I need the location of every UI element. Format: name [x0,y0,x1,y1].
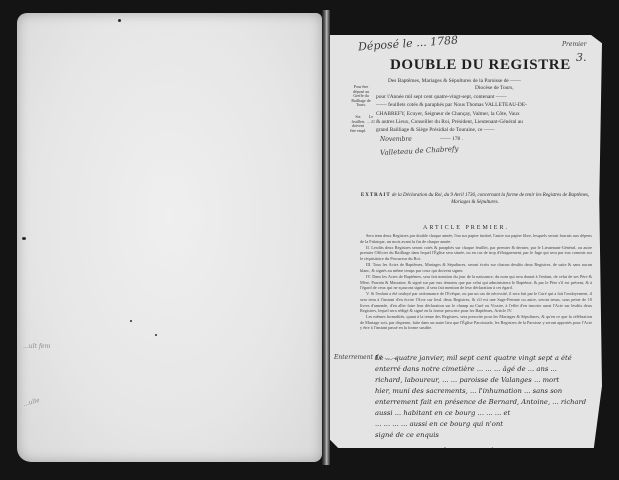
article-heading: ARTICLE PREMIER. [330,225,602,231]
left-page-blank: ...ult fem ...ulle [17,13,322,462]
article-paragraph: Les mêmes formalités, quant à la tenue d… [360,314,592,331]
printed-line: —— 178 . [440,136,520,143]
extrait-text: de la Déclaration du Roi, du 9 Avril 173… [392,193,589,205]
entry-line: enterrement fait en présence de Bernard,… [375,397,595,408]
binding-gutter [322,10,330,465]
ink-spot [130,320,132,322]
printed-line: & autres Lieux, Conseiller du Roi, Prési… [376,119,591,126]
printed-line: Des Baptêmes, Mariages & Sépultures de l… [388,78,603,85]
entry-line: enterré dans notre cimetière ... ... ...… [375,364,595,375]
president-signature: Valleteau de Chabrefy [380,145,459,157]
burial-entry: Le ... quatre janvier, mil sept cent qua… [375,353,595,441]
right-page-register: Déposé le ... 1788 Premier 3. DOUBLE DU … [330,35,602,448]
extrait-heading: EXTRAIT de la Déclaration du Roi, du 9 A… [360,192,590,206]
margin-note: ...ulle [22,397,40,408]
folio-number: 3. [576,51,587,64]
register-title: DOUBLE DU REGISTRE [390,57,571,74]
printed-line: —— feuillets cotés & paraphés par Nous T… [376,102,591,109]
article-paragraph: II. Lesdits deux Registres seront cotés … [360,245,592,262]
entry-line: ... ... ... ... aussi en ce bourg qui n'… [375,419,595,430]
article-paragraph: Sera tenu deux Registres par double chaq… [360,233,592,244]
side-note-folios: Six feuillets doivent être empl. [350,115,366,133]
margin-note: ...ult fem [23,343,50,350]
article-paragraph: III. Tous les Actes de Baptêmes, Mariage… [360,262,592,273]
entry-line: Le ... quatre janvier, mil sept cent qua… [375,353,595,364]
side-note-deposit: Pour être déposé au Greffe du Bailliage … [350,85,372,108]
curate-signature: Andrien ... curé [430,447,493,456]
document-spread: ...ult fem ...ulle Déposé le ... 1788 Pr… [0,0,619,480]
deposit-note: Déposé le ... 1788 [358,34,459,54]
corner-note: Premier [562,41,586,48]
article-paragraph: V. Si l'enfant a été ondoyé par ordonnan… [360,291,592,313]
printed-line: Diocèse de Tours, [475,85,595,92]
entry-line: aussi ... habitant en ce bourg ... ... .… [375,408,595,419]
ink-spot [22,237,26,240]
printed-line: grand Bailliage & Siège Présidial de Tou… [376,127,591,134]
side-note-day: Le ... 21 [367,115,375,124]
extrait-label: EXTRAIT [361,193,391,198]
handwritten-month: Novembre [380,136,412,143]
printed-line: pour l'Année mil sept cent quatre-vingt-… [376,94,591,101]
entry-line: richard, laboureur, ... ... paroisse de … [375,375,595,386]
printed-line: CHABREFY, Ecuyer, Seigneur de Chançay, V… [376,111,591,118]
article-paragraph: IV. Dans les Actes de Baptêmes, sera fai… [360,274,592,291]
ink-spot [155,334,157,336]
ink-spot [118,19,121,22]
ordinance-text: Sera tenu deux Registres par double chaq… [360,233,592,332]
entry-line: signé de ce enquis [375,430,595,441]
entry-line: hier, muni des sacrements, ... l'inhumat… [375,386,595,397]
